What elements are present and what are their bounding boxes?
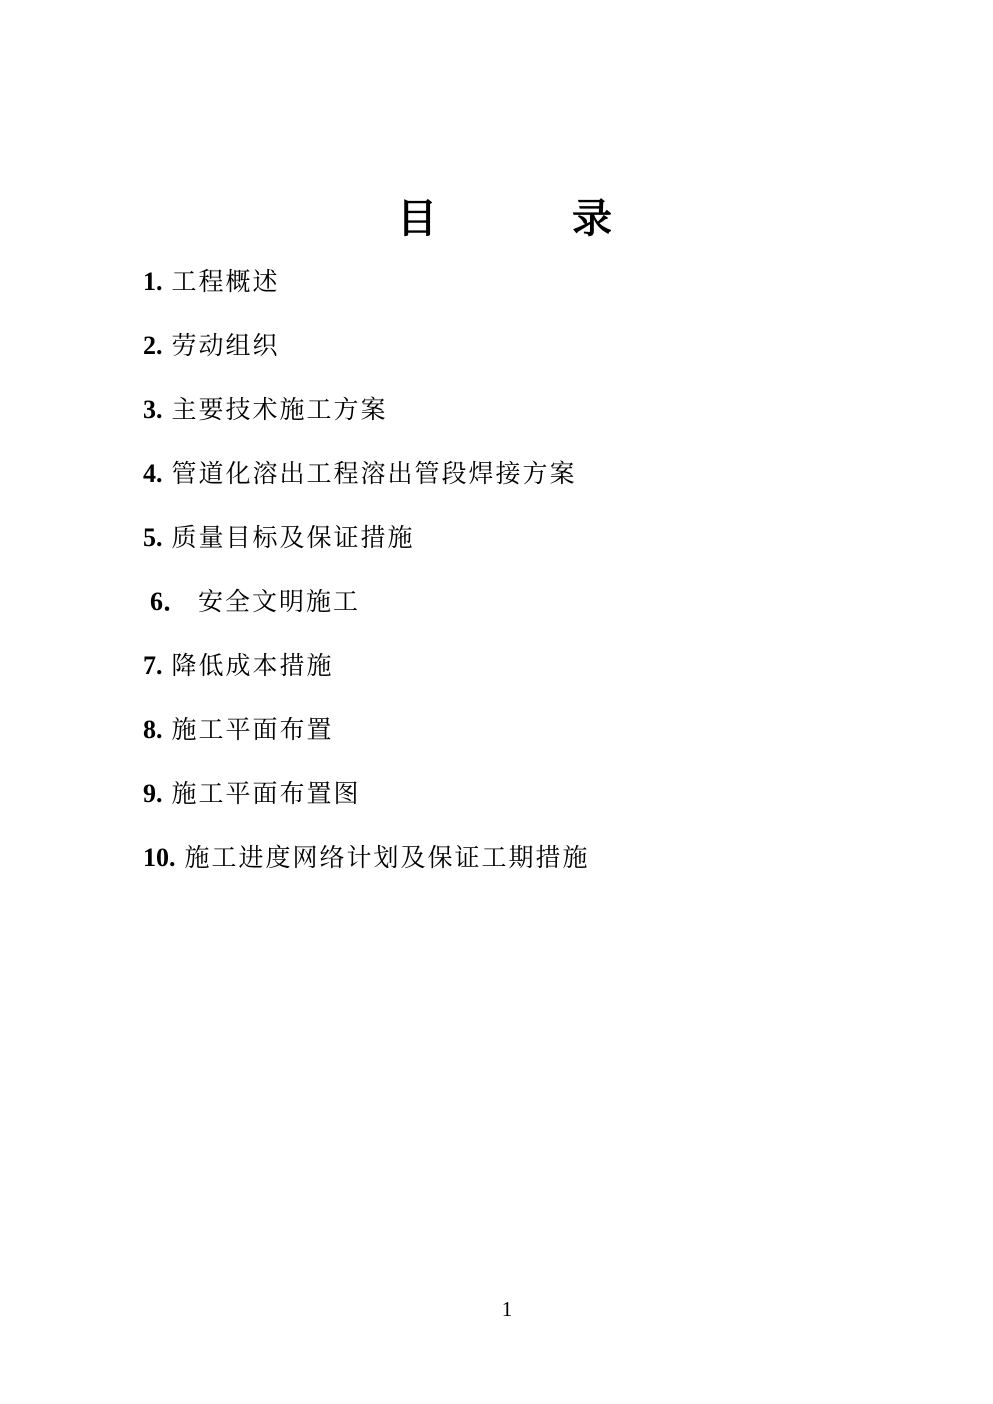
toc-item-number: 4. [143, 459, 163, 489]
toc-item-number: 3. [143, 395, 163, 425]
toc-item-number: 1. [143, 267, 163, 297]
toc-item-number: 9. [143, 779, 163, 809]
toc-item: 4. 管道化溶出工程溶出管段焊接方案 [143, 459, 590, 490]
toc-item-label: 工程概述 [172, 268, 280, 298]
toc-item-number: 7. [143, 651, 163, 681]
toc-item: 7. 降低成本措施 [143, 651, 590, 682]
toc-item-label: 施工进度网络计划及保证工期措施 [185, 844, 590, 874]
toc-item-number: 10. [143, 843, 176, 873]
toc-item-label: 安全文明施工 [198, 588, 360, 618]
toc-item-number: 2. [143, 331, 163, 361]
toc-item-label: 劳动组织 [172, 332, 280, 362]
toc-item: 1. 工程概述 [143, 267, 590, 298]
toc-item-label: 质量目标及保证措施 [172, 524, 415, 554]
table-of-contents: 1. 工程概述 2. 劳动组织 3. 主要技术施工方案 4. 管道化溶出工程溶出… [143, 267, 590, 907]
toc-item: 3. 主要技术施工方案 [143, 395, 590, 426]
toc-item: 8. 施工平面布置 [143, 715, 590, 746]
toc-item-number: 8. [143, 715, 163, 745]
toc-item-label: 降低成本措施 [172, 652, 334, 682]
document-page: 目 录 1. 工程概述 2. 劳动组织 3. 主要技术施工方案 4. 管道化溶出… [0, 0, 993, 1404]
page-number: 1 [0, 1297, 993, 1321]
toc-item-label: 主要技术施工方案 [172, 396, 388, 426]
toc-item: 10. 施工进度网络计划及保证工期措施 [143, 843, 590, 874]
title-char-left: 目 [397, 196, 437, 242]
toc-item: 5. 质量目标及保证措施 [143, 523, 590, 554]
title-char-right: 录 [572, 196, 612, 242]
toc-item-number: 6． [150, 587, 189, 617]
toc-item-number: 5. [143, 523, 163, 553]
toc-item: 6． 安全文明施工 [143, 587, 590, 618]
toc-item: 2. 劳动组织 [143, 331, 590, 362]
toc-item-label: 施工平面布置图 [172, 780, 361, 810]
toc-item-label: 施工平面布置 [172, 716, 334, 746]
toc-item: 9. 施工平面布置图 [143, 779, 590, 810]
page-title: 目 录 [0, 196, 993, 242]
toc-item-label: 管道化溶出工程溶出管段焊接方案 [172, 460, 577, 490]
